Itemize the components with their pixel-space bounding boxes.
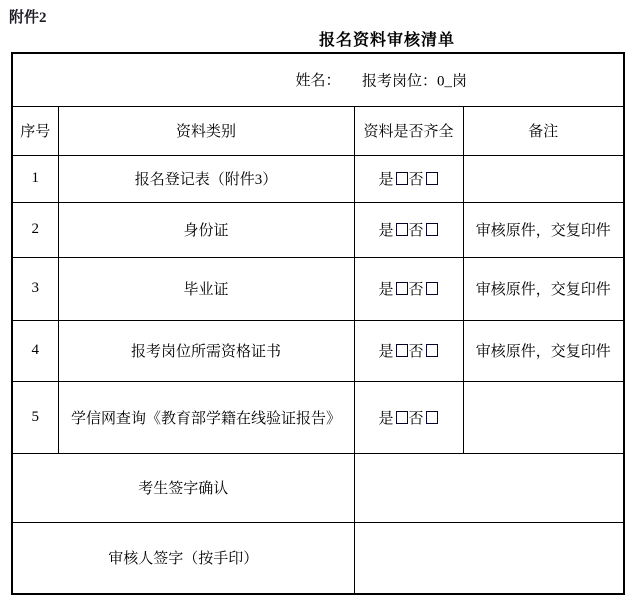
row-number: 5 — [12, 381, 58, 453]
remark-label: 审核原件，交复印件 — [463, 202, 624, 257]
table-row: 5 学信网查询《教育部学籍在线验证报告》 是否 — [12, 381, 624, 453]
position-value: 报考岗位：0_岗 — [362, 69, 467, 90]
no-label: 否 — [409, 172, 424, 188]
row-number: 2 — [12, 202, 58, 257]
yes-label: 是 — [378, 411, 393, 427]
table-row: 4 报考岗位所需资格证书 是否 审核原件，交复印件 — [12, 320, 624, 381]
table-row: 2 身份证 是否 审核原件，交复印件 — [12, 202, 624, 257]
signature-value-cell — [354, 453, 624, 522]
name-label: 姓名： — [296, 73, 341, 89]
info-row: 姓名： 报考岗位：0_岗 — [12, 53, 624, 106]
header-cell-category: 资料类别 — [58, 106, 354, 155]
checkbox-no[interactable] — [426, 282, 438, 295]
complete-cell: 是否 — [354, 257, 463, 320]
page-title: 报名资料审核清单 — [138, 27, 636, 50]
checkbox-no[interactable] — [426, 411, 438, 424]
review-table: 姓名： 报考岗位：0_岗 序号 资料类别 资料是否齐全 备注 1 报名登记表（附… — [11, 52, 625, 595]
header-row: 序号 资料类别 资料是否齐全 备注 — [12, 106, 624, 155]
header-cell-no: 序号 — [12, 106, 58, 155]
yes-label: 是 — [378, 344, 393, 360]
table-row: 1 报名登记表（附件3） 是否 — [12, 155, 624, 202]
complete-cell: 是否 — [354, 155, 463, 202]
no-label: 否 — [409, 282, 424, 298]
no-label: 否 — [409, 344, 424, 360]
checkbox-no[interactable] — [426, 172, 438, 185]
signature-row: 审核人签字（按手印） — [12, 522, 624, 594]
info-cell: 姓名： 报考岗位：0_岗 — [12, 53, 624, 106]
signature-row: 考生签字确认 — [12, 453, 624, 522]
category-label: 毕业证 — [58, 257, 354, 320]
signature-label: 审核人签字（按手印） — [12, 522, 354, 594]
remark-label — [463, 155, 624, 202]
checkbox-yes[interactable] — [396, 282, 408, 295]
signature-label: 考生签字确认 — [12, 453, 354, 522]
checkbox-yes[interactable] — [396, 223, 408, 236]
checkbox-no[interactable] — [426, 223, 438, 236]
yes-label: 是 — [378, 282, 393, 298]
category-label: 身份证 — [58, 202, 354, 257]
category-label: 学信网查询《教育部学籍在线验证报告》 — [58, 381, 354, 453]
table-row: 3 毕业证 是否 审核原件，交复印件 — [12, 257, 624, 320]
checkbox-yes[interactable] — [396, 344, 408, 357]
complete-cell: 是否 — [354, 320, 463, 381]
header-cell-remark: 备注 — [463, 106, 624, 155]
category-label: 报名登记表（附件3） — [58, 155, 354, 202]
row-number: 4 — [12, 320, 58, 381]
attachment-label: 附件2 — [9, 6, 47, 27]
signature-value-cell — [354, 522, 624, 594]
remark-label: 审核原件，交复印件 — [463, 320, 624, 381]
yes-label: 是 — [378, 223, 393, 239]
no-label: 否 — [409, 223, 424, 239]
yes-label: 是 — [378, 172, 393, 188]
document-page: { "page": { "attachment_label": "附件2", "… — [0, 0, 636, 614]
checkbox-yes[interactable] — [396, 411, 408, 424]
complete-cell: 是否 — [354, 381, 463, 453]
remark-label: 审核原件，交复印件 — [463, 257, 624, 320]
complete-cell: 是否 — [354, 202, 463, 257]
category-label: 报考岗位所需资格证书 — [58, 320, 354, 381]
row-number: 1 — [12, 155, 58, 202]
checkbox-no[interactable] — [426, 344, 438, 357]
checkbox-yes[interactable] — [396, 172, 408, 185]
row-number: 3 — [12, 257, 58, 320]
no-label: 否 — [409, 411, 424, 427]
header-cell-complete: 资料是否齐全 — [354, 106, 463, 155]
remark-label — [463, 381, 624, 453]
